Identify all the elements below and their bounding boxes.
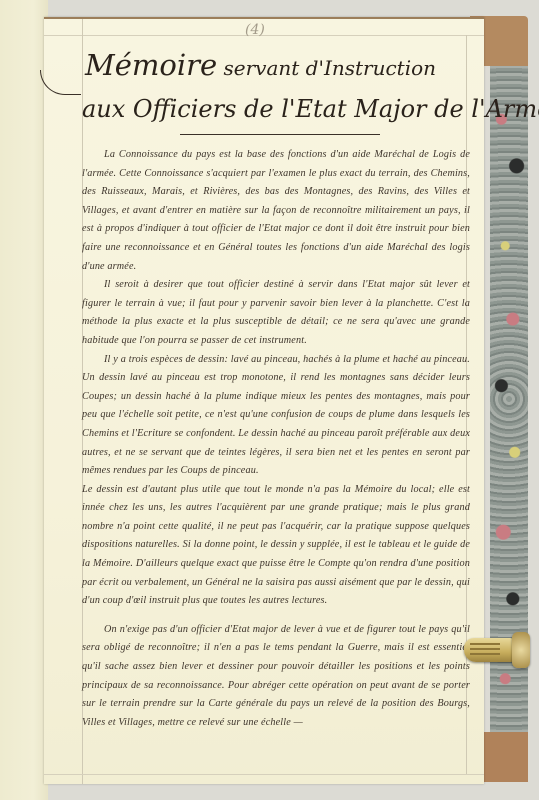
ruled-line-bottom [44, 774, 484, 775]
paragraph-2: Il seroit à desirer que tout officier de… [82, 276, 470, 350]
title-main-word: Mémoire [85, 48, 217, 82]
title-line-2: aux Officiers de l'Etat Major de l'Armée… [82, 95, 539, 123]
clasp-hand-icon [464, 638, 516, 662]
facing-page-left [0, 0, 48, 800]
title-line-1: Mémoire servant d'Instruction [85, 48, 436, 82]
paragraph-1: La Connoissance du pays est la base des … [82, 146, 470, 276]
brass-hand-clasp [460, 628, 532, 670]
title-subtitle: servant d'Instruction [217, 56, 436, 80]
paragraph-4: Le dessin est d'autant plus utile que to… [82, 481, 470, 611]
paragraph-5: On n'exige pas d'un officier d'Etat majo… [82, 621, 470, 733]
page-number: (4) [245, 22, 265, 38]
paragraph-3: Il y a trois espèces de dessin: lavé au … [82, 351, 470, 481]
title-underline [180, 134, 380, 135]
manuscript-body: La Connoissance du pays est la base des … [82, 146, 470, 732]
clasp-cuff [512, 632, 530, 668]
